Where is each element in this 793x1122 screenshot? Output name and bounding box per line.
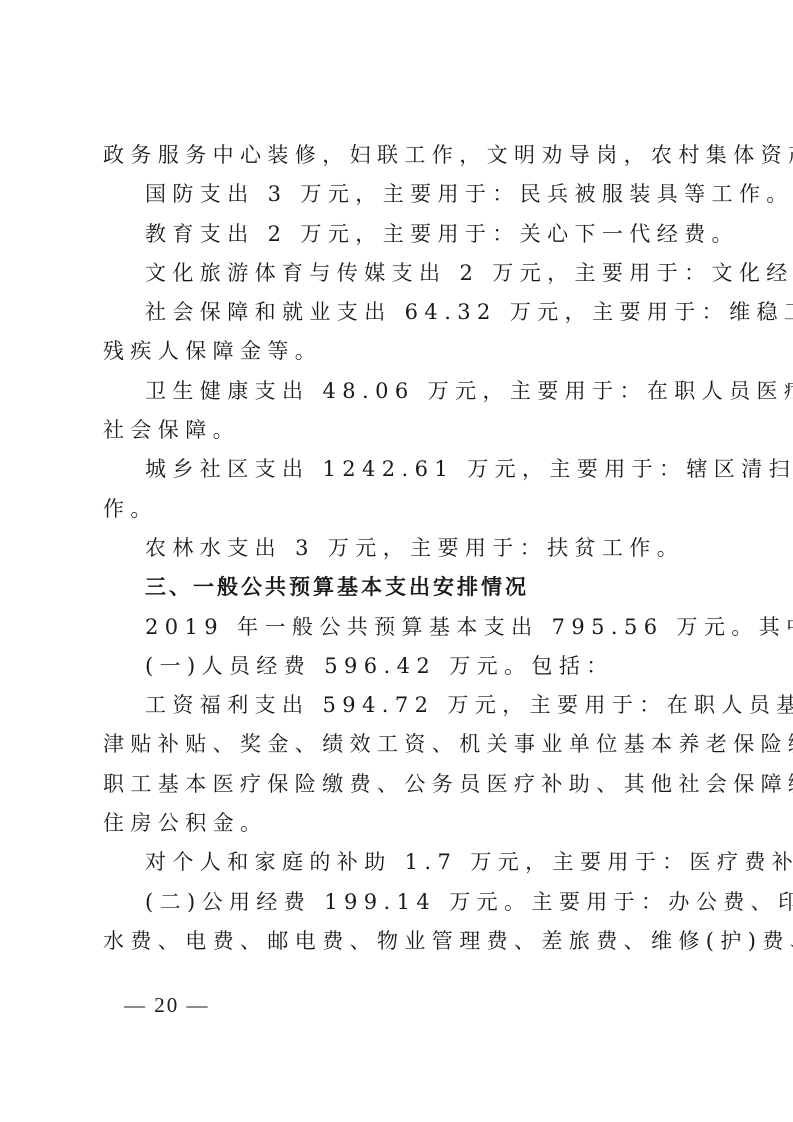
paragraph-line-wages-welfare-cont-3: 住房公积金。: [103, 804, 703, 843]
document-page: 政务服务中心装修，妇联工作，文明劝导岗，农村集体资产核资。 国防支出 3 万元，…: [0, 0, 793, 1122]
paragraph-line-culture-tourism: 文化旅游体育与传媒支出 2 万元，主要用于：文化经费。: [103, 254, 703, 293]
paragraph-line-urban-rural-cont: 作。: [103, 490, 703, 529]
document-body: 政务服务中心装修，妇联工作，文明劝导岗，农村集体资产核资。 国防支出 3 万元，…: [103, 136, 703, 961]
paragraph-line-health-cont: 社会保障。: [103, 411, 703, 450]
paragraph-line-social-security-cont: 残疾人保障金等。: [103, 332, 703, 371]
paragraph-line-national-defense: 国防支出 3 万元，主要用于：民兵被服装具等工作。: [103, 175, 703, 214]
paragraph-line-wages-welfare: 工资福利支出 594.72 万元，主要用于：在职人员基本工资、: [103, 686, 703, 725]
section-heading: 三、一般公共预算基本支出安排情况: [103, 568, 703, 607]
paragraph-line-health: 卫生健康支出 48.06 万元，主要用于：在职人员医疗补助、: [103, 372, 703, 411]
paragraph-line-agriculture: 农林水支出 3 万元，主要用于：扶贫工作。: [103, 529, 703, 568]
paragraph-line-urban-rural: 城乡社区支出 1242.61 万元，主要用于：辖区清扫保洁工: [103, 450, 703, 489]
paragraph-line-social-security: 社会保障和就业支出 64.32 万元，主要用于：维稳工作、: [103, 293, 703, 332]
paragraph-line-personnel-costs: (一)人员经费 596.42 万元。包括：: [103, 647, 703, 686]
paragraph-line-public-costs: (二)公用经费 199.14 万元。主要用于：办公费、印刷费、: [103, 883, 703, 922]
paragraph-line-continuation: 政务服务中心装修，妇联工作，文明劝导岗，农村集体资产核资。: [103, 136, 703, 175]
paragraph-line-basic-expenditure: 2019 年一般公共预算基本支出 795.56 万元。其中：: [103, 608, 703, 647]
paragraph-line-wages-welfare-cont-2: 职工基本医疗保险缴费、公务员医疗补助、其他社会保障缴费、: [103, 765, 703, 804]
paragraph-line-education: 教育支出 2 万元，主要用于：关心下一代经费。: [103, 215, 703, 254]
paragraph-line-public-costs-cont: 水费、电费、邮电费、物业管理费、差旅费、维修(护)费、租赁: [103, 922, 703, 961]
paragraph-line-household-subsidy: 对个人和家庭的补助 1.7 万元，主要用于：医疗费补助。: [103, 843, 703, 882]
page-number: — 20 —: [124, 993, 210, 1018]
paragraph-line-wages-welfare-cont-1: 津贴补贴、奖金、绩效工资、机关事业单位基本养老保险缴费、: [103, 725, 703, 764]
